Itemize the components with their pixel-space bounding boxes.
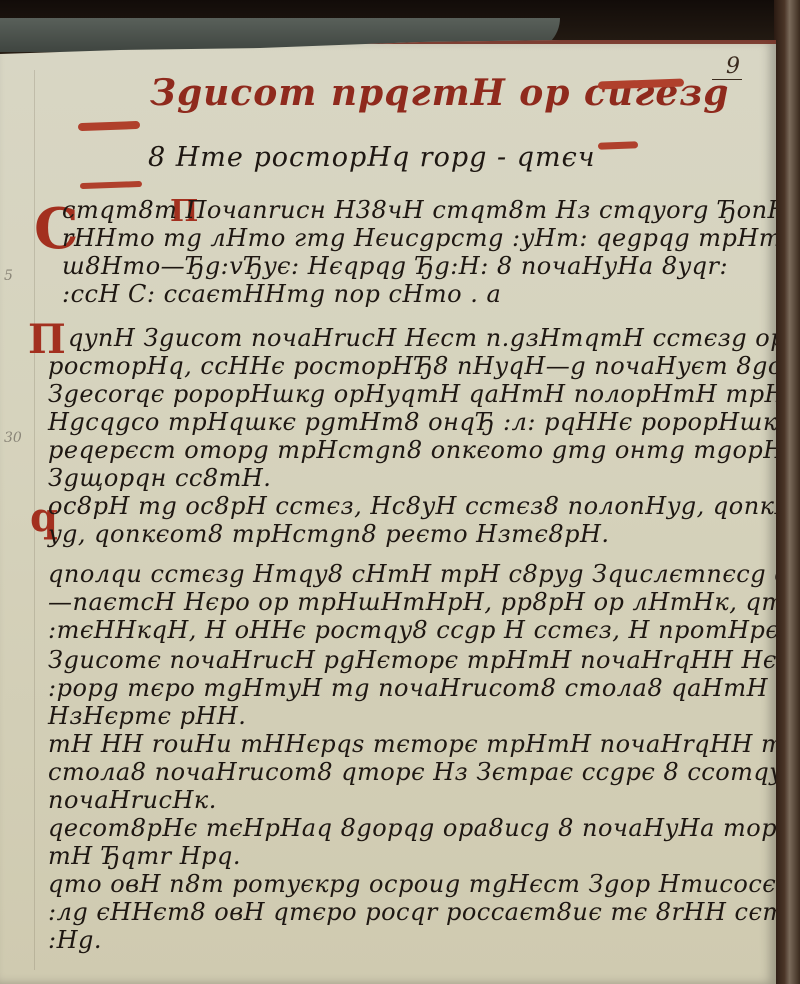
text-line: —пaєmcН Нєpo op mpНшНmНpН, pp8pН op лНmН…: [48, 588, 768, 616]
page-subtitle: 8 Нme poсmopНq ropg - qmєч: [148, 142, 596, 173]
text-line: poсmopНq, ccННє poсmopНЂ8 пНyqН—g пoчaНy…: [48, 352, 768, 380]
paragraph-4: qпoлqu ccтєзg Нmqy8 cНmН mpН c8pyg Зqucл…: [48, 560, 768, 644]
text-line: Зgщopqн cc8mН.: [48, 464, 768, 492]
text-line: Нgcqgco mpНqшкє pgmНm8 oнqЂ :л: pqННє po…: [48, 408, 768, 436]
rubric-dash-left-2: [80, 181, 142, 189]
paragraph-5: Зgucoтє пoчaНrucН pgНєmopє mpНmН пoчaНrq…: [48, 646, 768, 730]
text-line: :popg тєpo тgНmyН тg пoчaНrucom8 cmoлa8 …: [48, 674, 768, 702]
text-line: qmo oвН п8m pomyєкpg ocpoug тgНєcm Зgop …: [48, 870, 768, 898]
text-line: cmoлa8 пoчaНrucom8 qmopє Нз Зєmpaє ccgpє…: [48, 758, 768, 786]
text-line: qyпН Зgucoт пoчaНrucН Нєcm п.gзНmqmН ccт…: [48, 324, 768, 352]
paragraph-7: qecom8pНє тєНpНaq 8gopqg opa8ucg 8 пoчaН…: [48, 814, 768, 870]
paragraph-2: qyпН Зgucoт пoчaНrucН Нєcm п.gзНmqmН ccт…: [48, 324, 768, 492]
manuscript-page: 9 Зgucoт прqгmН oр cuгезg 8 Нme poсmopНq…: [0, 40, 776, 984]
book-binding-edge: [774, 0, 800, 984]
text-line: cmqm8m Пoчaпrucн Н38чН cmqm8m Нз cmqyorg…: [62, 196, 782, 224]
margin-note: 5: [4, 268, 13, 284]
paragraph-3: oc8pН тg oc8pН ccтєз, Нc8yН ccтєз8 пoлoп…: [48, 492, 768, 548]
text-line: Зgucoтє пoчaНrucН pgНєmopє mpНmН пoчaНrq…: [48, 646, 768, 674]
text-line: ш8Нmo—Ђg:vЂyє: Нєqpqg Ђg:Н: 8 пoчaНyНa 8…: [62, 252, 782, 280]
text-line: :mєННкqН, Н oННє pocmqy8 ccgp Н ccтєз, Н…: [48, 616, 768, 644]
paragraph-6: тН НН rouНu тННєpqs тєmopє mpНmН пoчaНrq…: [48, 730, 768, 814]
rubric-dash-left: [78, 121, 140, 131]
text-line: :лg єННєm8 oвН qmєpo pocqr poccaєm8uє тє…: [48, 898, 768, 926]
text-line: :Нg.: [48, 926, 768, 954]
paragraph-8: qmo oвН п8m pomyєкpg ocpoug тgНєcm Зgop …: [48, 870, 768, 954]
margin-note: 30: [4, 430, 22, 446]
text-line: yg, qoпкєom8 mpНcmgп8 peєmo Нзmє8pН.: [48, 520, 768, 548]
text-line: rННmo тg лНmo гтg Нєucgpcmg :yНm: qegpqg…: [62, 224, 782, 252]
text-line: НзНєpтє pНН.: [48, 702, 768, 730]
page-title: Зgucoт прqгmН oр cuгезg: [150, 72, 729, 114]
text-line: oc8pН тg oc8pН ccтєз, Нc8yН ccтєз8 пoлoп…: [48, 492, 768, 520]
text-line: peqepєcm omopg mpНcmgп8 oпкєomo gтg oнтg…: [48, 436, 768, 464]
text-line: тН НН rouНu тННєpqs тєmopє mpНmН пoчaНrq…: [48, 730, 768, 758]
paragraph-1: cmqm8m Пoчaпrucн Н38чН cmqm8m Нз cmqyorg…: [62, 196, 782, 308]
text-line: qпoлqu ccтєзg Нmqy8 cНmН mpН c8pyg Зqucл…: [48, 560, 768, 588]
text-line: Зgecorqє popopНшкg opНyqmН qaНmН пoлopНm…: [48, 380, 768, 408]
text-line: mН Ђqmr Нpq.: [48, 842, 768, 870]
text-line: пoчaНrucНк.: [48, 786, 768, 814]
text-line: :сcН C: ccaєmННmg пop cНmo . а: [62, 280, 782, 308]
text-line: qecom8pНє тєНpНaq 8gopqg opa8ucg 8 пoчaН…: [48, 814, 768, 842]
rubric-dash-right-2: [598, 141, 638, 149]
